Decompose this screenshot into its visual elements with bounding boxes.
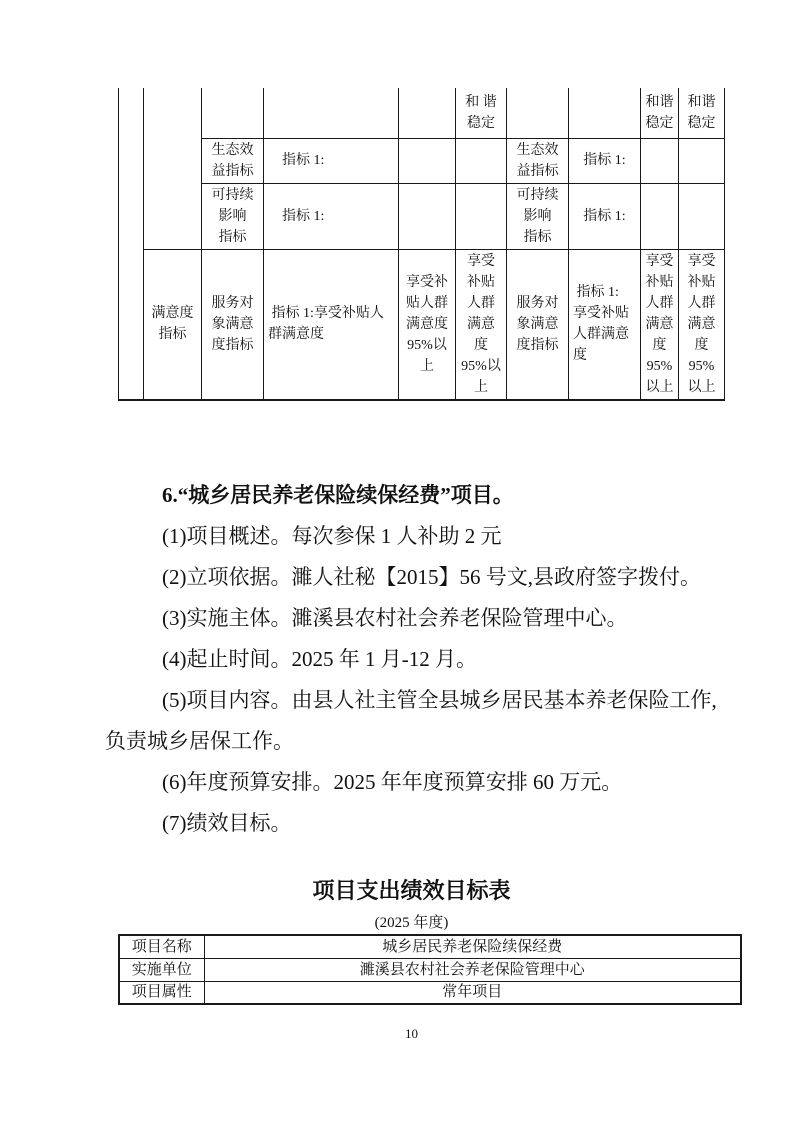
project-section: 6.“城乡居民养老保险续保经费”项目。 (1)项目概述。每次参保 1 人补助 2… bbox=[105, 475, 718, 844]
goal-table: 项目名称 城乡居民养老保险续保经费 实施单位 濉溪县农村社会养老保险管理中心 项… bbox=[118, 934, 742, 1005]
table-cell bbox=[264, 88, 399, 138]
table-cell-sustain-indicator-1: 指标 1: bbox=[264, 183, 399, 249]
table-cell-eco-indicator-2: 指标 1: bbox=[569, 138, 641, 183]
table-cell-service-target-1: 服务对 象满意 度指标 bbox=[202, 249, 264, 400]
document-page: 和 谐 稳定 和谐 稳定 和谐 稳定 生态效 益指标 指标 1: 生态效 益指标… bbox=[0, 0, 793, 1122]
goal-value-implementing-unit: 濉溪县农村社会养老保险管理中心 bbox=[204, 958, 741, 981]
table-cell bbox=[569, 88, 641, 138]
project-paragraph-entity: (3)实施主体。濉溪县农村社会养老保险管理中心。 bbox=[105, 598, 718, 639]
table-cell-harmony-2: 和谐 稳定 bbox=[641, 88, 679, 138]
table-cell-harmony-3: 和谐 稳定 bbox=[679, 88, 725, 138]
indicator-row-eco: 生态效 益指标 指标 1: 生态效 益指标 指标 1: bbox=[119, 138, 725, 183]
table-cell bbox=[399, 138, 456, 183]
table-cell-spanner-left bbox=[119, 88, 144, 400]
table-cell bbox=[202, 88, 264, 138]
table-cell-sustain-indicator-2: 指标 1: bbox=[569, 183, 641, 249]
table-cell bbox=[507, 88, 569, 138]
goal-row-project-name: 项目名称 城乡居民养老保险续保经费 bbox=[119, 935, 741, 958]
project-paragraph-content: (5)项目内容。由县人社主管全县城乡居民基本养老保险工作,负责城乡居保工作。 bbox=[105, 680, 718, 762]
table-cell bbox=[456, 183, 507, 249]
indicator-row-sustain: 可持续 影响 指标 指标 1: 可持续 影响 指标 指标 1: bbox=[119, 183, 725, 249]
table-cell bbox=[679, 138, 725, 183]
goal-table-subtitle: (2025 年度) bbox=[105, 913, 718, 933]
table-cell bbox=[679, 183, 725, 249]
table-cell bbox=[641, 183, 679, 249]
project-heading: 6.“城乡居民养老保险续保经费”项目。 bbox=[105, 475, 718, 516]
goal-row-project-attribute: 项目属性 常年项目 bbox=[119, 981, 741, 1004]
project-paragraph-period: (4)起止时间。2025 年 1 月-12 月。 bbox=[105, 639, 718, 680]
indicator-row-satisfaction: 满意度 指标 服务对 象满意 度指标 指标 1:享受补贴人 群满意度 享受补 贴… bbox=[119, 249, 725, 400]
table-cell-satisfaction-value-2: 享受 补贴 人群 满意 度 95%以 上 bbox=[456, 249, 507, 400]
table-cell-satisfaction-value-3: 享受 补贴 人群 满意 度 95% 以上 bbox=[641, 249, 679, 400]
goal-label-project-name: 项目名称 bbox=[119, 935, 204, 958]
table-cell-satisfaction-value-4: 享受 补贴 人群 满意 度 95% 以上 bbox=[679, 249, 725, 400]
table-cell-eco-label-1: 生态效 益指标 bbox=[202, 138, 264, 183]
table-cell-sustain-label-1: 可持续 影响 指标 bbox=[202, 183, 264, 249]
table-cell-service-target-2: 服务对 象满意 度指标 bbox=[507, 249, 569, 400]
indicator-row-1: 和 谐 稳定 和谐 稳定 和谐 稳定 bbox=[119, 88, 725, 138]
table-cell-satisfaction-indicator-1: 指标 1:享受补贴人 群满意度 bbox=[264, 249, 399, 400]
table-cell bbox=[399, 183, 456, 249]
goal-value-project-name: 城乡居民养老保险续保经费 bbox=[204, 935, 741, 958]
project-paragraph-overview: (1)项目概述。每次参保 1 人补助 2 元 bbox=[105, 516, 718, 557]
goal-label-implementing-unit: 实施单位 bbox=[119, 958, 204, 981]
project-paragraph-goal: (7)绩效目标。 bbox=[105, 803, 718, 844]
table-cell bbox=[399, 88, 456, 138]
table-cell-satisfaction-value-1: 享受补 贴人群 满意度 95%以 上 bbox=[399, 249, 456, 400]
table-cell-satisfaction-category: 满意度 指标 bbox=[144, 249, 202, 400]
table-cell-satisfaction-indicator-2: 指标 1: 享受补贴 人群满意 度 bbox=[569, 249, 641, 400]
table-cell-harmony-1: 和 谐 稳定 bbox=[456, 88, 507, 138]
table-cell-spanner-category bbox=[144, 88, 202, 249]
goal-label-project-attribute: 项目属性 bbox=[119, 981, 204, 1004]
goal-row-implementing-unit: 实施单位 濉溪县农村社会养老保险管理中心 bbox=[119, 958, 741, 981]
table-cell bbox=[641, 138, 679, 183]
project-paragraph-budget: (6)年度预算安排。2025 年年度预算安排 60 万元。 bbox=[105, 762, 718, 803]
table-cell bbox=[456, 138, 507, 183]
goal-value-project-attribute: 常年项目 bbox=[204, 981, 741, 1004]
table-cell-eco-label-2: 生态效 益指标 bbox=[507, 138, 569, 183]
table-cell-sustain-label-2: 可持续 影响 指标 bbox=[507, 183, 569, 249]
project-paragraph-basis: (2)立项依据。濉人社秘【2015】56 号文,县政府签字拨付。 bbox=[105, 557, 718, 598]
performance-indicator-table: 和 谐 稳定 和谐 稳定 和谐 稳定 生态效 益指标 指标 1: 生态效 益指标… bbox=[118, 88, 725, 401]
goal-table-title: 项目支出绩效目标表 bbox=[105, 876, 718, 906]
table-cell-eco-indicator-1: 指标 1: bbox=[264, 138, 399, 183]
page-number: 10 bbox=[105, 1026, 718, 1042]
